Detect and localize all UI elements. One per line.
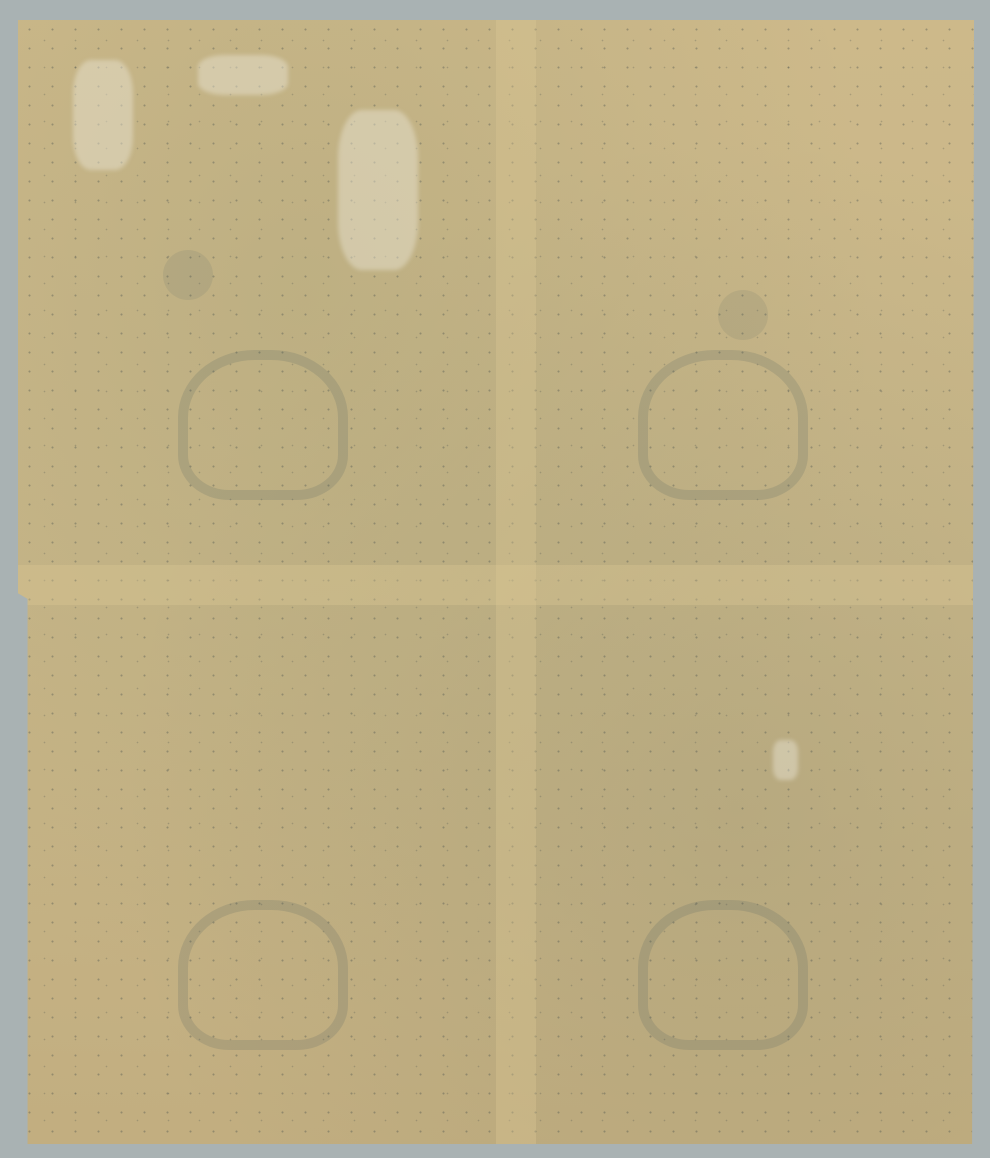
stamp-block-back	[18, 20, 974, 1144]
crown-icon	[718, 290, 768, 340]
gum-disturbance	[773, 740, 798, 780]
gum-disturbance	[198, 55, 288, 95]
stamp-top-right	[518, 40, 958, 560]
crown-icon	[178, 900, 348, 1050]
crown-icon	[638, 350, 808, 500]
gum-disturbance	[338, 110, 418, 270]
crown-icon	[178, 350, 348, 500]
horizontal-gutter	[18, 565, 974, 605]
crown-icon	[638, 900, 808, 1050]
crown-icon	[163, 250, 213, 300]
stamp-bottom-left	[38, 600, 478, 1120]
stamp-bottom-right	[518, 600, 958, 1120]
gum-disturbance	[73, 60, 133, 170]
